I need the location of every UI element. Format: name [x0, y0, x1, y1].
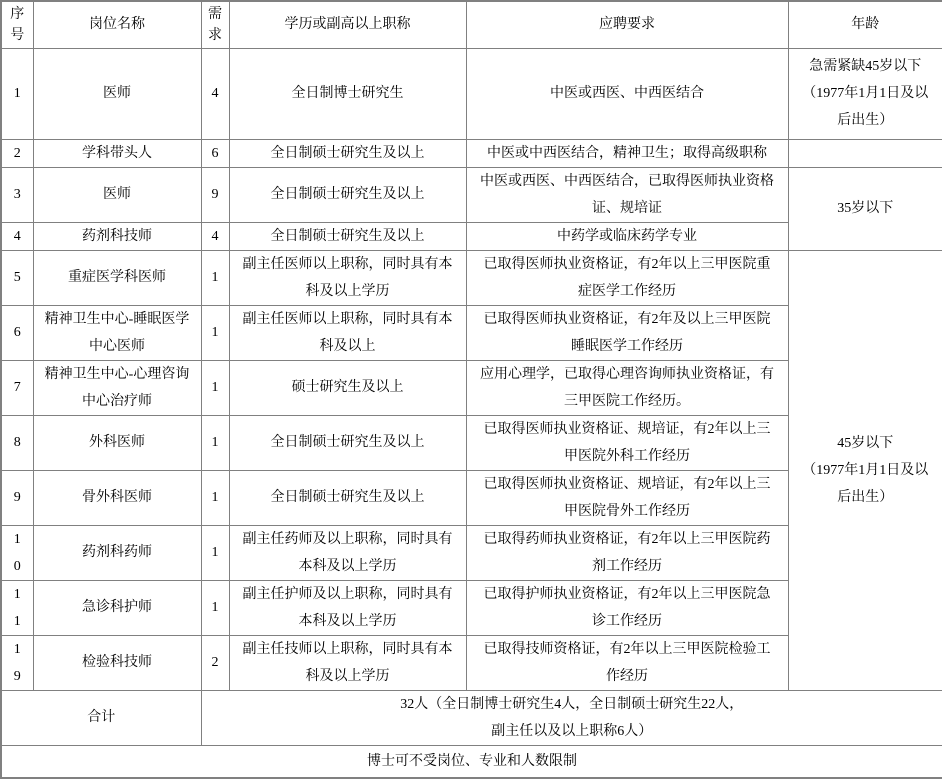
edu-cell: 全日制硕士研究生及以上	[229, 139, 466, 167]
post-cell: 检验科技师	[33, 635, 201, 690]
post-cell: 精神卫生中心-心理咨询 中心治疗师	[33, 360, 201, 415]
seq-cell: 11	[1, 580, 33, 635]
req-cell: 已取得技师资格证，有2年以上三甲医院检验工 作经历	[466, 635, 788, 690]
note-cell: 博士可不受岗位、专业和人数限制	[1, 745, 942, 778]
count-cell: 2	[201, 635, 229, 690]
req-cell: 已取得护师执业资格证，有2年以上三甲医院急 诊工作经历	[466, 580, 788, 635]
count-cell: 4	[201, 222, 229, 250]
header-req: 应聘要求	[466, 1, 788, 48]
total-label-cell: 合计	[1, 690, 201, 745]
table-row: 5 重症医学科医师 1 副主任医师以上职称，同时具有本 科及以上学历 已取得医师…	[1, 250, 942, 305]
post-cell: 急诊科护师	[33, 580, 201, 635]
req-cell: 已取得医师执业资格证、规培证，有2年以上三 甲医院骨外工作经历	[466, 470, 788, 525]
seq-cell: 9	[1, 470, 33, 525]
table-row: 2 学科带头人 6 全日制硕士研究生及以上 中医或中西医结合，精神卫生；取得高级…	[1, 139, 942, 167]
edu-cell: 全日制硕士研究生及以上	[229, 415, 466, 470]
seq-cell: 8	[1, 415, 33, 470]
age-cell: 急需紧缺45岁以下 （1977年1月1日及以 后出生）	[788, 48, 942, 139]
seq-cell: 6	[1, 305, 33, 360]
header-seq: 序号	[1, 1, 33, 48]
count-cell: 1	[201, 360, 229, 415]
seq-cell: 19	[1, 635, 33, 690]
table-row: 3 医师 9 全日制硕士研究生及以上 中医或西医、中西医结合，已取得医师执业资格…	[1, 167, 942, 222]
seq-cell: 7	[1, 360, 33, 415]
total-row: 合计 32人（全日制博士研究生4人，全日制硕士研究生22人， 副主任以及以上职称…	[1, 690, 942, 745]
count-cell: 1	[201, 415, 229, 470]
edu-cell: 副主任护师及以上职称，同时具有 本科及以上学历	[229, 580, 466, 635]
seq-cell: 4	[1, 222, 33, 250]
post-cell: 学科带头人	[33, 139, 201, 167]
count-cell: 6	[201, 139, 229, 167]
edu-cell: 副主任医师以上职称，同时具有本 科及以上	[229, 305, 466, 360]
post-cell: 药剂科技师	[33, 222, 201, 250]
edu-cell: 全日制博士研究生	[229, 48, 466, 139]
edu-cell: 副主任药师及以上职称，同时具有 本科及以上学历	[229, 525, 466, 580]
req-cell: 已取得医师执业资格证，有2年以上三甲医院重 症医学工作经历	[466, 250, 788, 305]
req-cell: 已取得医师执业资格证、规培证，有2年以上三 甲医院外科工作经历	[466, 415, 788, 470]
post-cell: 医师	[33, 167, 201, 222]
req-cell: 已取得药师执业资格证，有2年以上三甲医院药 剂工作经历	[466, 525, 788, 580]
edu-cell: 副主任技师以上职称，同时具有本 科及以上学历	[229, 635, 466, 690]
req-cell: 中医或中西医结合，精神卫生；取得高级职称	[466, 139, 788, 167]
total-value-cell: 32人（全日制博士研究生4人，全日制硕士研究生22人， 副主任以及以上职称6人）	[201, 690, 942, 745]
count-cell: 1	[201, 580, 229, 635]
header-edu: 学历或副高以上职称	[229, 1, 466, 48]
edu-cell: 副主任医师以上职称，同时具有本 科及以上学历	[229, 250, 466, 305]
post-cell: 药剂科药师	[33, 525, 201, 580]
header-post: 岗位名称	[33, 1, 201, 48]
post-cell: 精神卫生中心-睡眠医学 中心医师	[33, 305, 201, 360]
req-cell: 中药学或临床药学专业	[466, 222, 788, 250]
count-cell: 1	[201, 470, 229, 525]
table-row: 1 医师 4 全日制博士研究生 中医或西医、中西医结合 急需紧缺45岁以下 （1…	[1, 48, 942, 139]
age-cell-merged-35: 35岁以下	[788, 167, 942, 250]
post-cell: 医师	[33, 48, 201, 139]
edu-cell: 全日制硕士研究生及以上	[229, 470, 466, 525]
seq-cell: 2	[1, 139, 33, 167]
header-count: 需求	[201, 1, 229, 48]
seq-cell: 1	[1, 48, 33, 139]
seq-cell: 3	[1, 167, 33, 222]
post-cell: 骨外科医师	[33, 470, 201, 525]
seq-cell: 5	[1, 250, 33, 305]
req-cell: 中医或西医、中西医结合，已取得医师执业资格 证、规培证	[466, 167, 788, 222]
req-cell: 已取得医师执业资格证，有2年及以上三甲医院 睡眠医学工作经历	[466, 305, 788, 360]
post-cell: 重症医学科医师	[33, 250, 201, 305]
count-cell: 1	[201, 250, 229, 305]
note-row: 博士可不受岗位、专业和人数限制	[1, 745, 942, 778]
req-cell: 中医或西医、中西医结合	[466, 48, 788, 139]
header-age: 年龄	[788, 1, 942, 48]
header-row: 序号 岗位名称 需求 学历或副高以上职称 应聘要求 年龄	[1, 1, 942, 48]
post-cell: 外科医师	[33, 415, 201, 470]
count-cell: 1	[201, 305, 229, 360]
edu-cell: 硕士研究生及以上	[229, 360, 466, 415]
edu-cell: 全日制硕士研究生及以上	[229, 222, 466, 250]
req-cell: 应用心理学，已取得心理咨询师执业资格证，有 三甲医院工作经历。	[466, 360, 788, 415]
recruitment-table: 序号 岗位名称 需求 学历或副高以上职称 应聘要求 年龄 1 医师 4 全日制博…	[0, 0, 942, 779]
count-cell: 4	[201, 48, 229, 139]
edu-cell: 全日制硕士研究生及以上	[229, 167, 466, 222]
age-cell-empty	[788, 139, 942, 167]
count-cell: 1	[201, 525, 229, 580]
age-cell-merged-45: 45岁以下 （1977年1月1日及以 后出生）	[788, 250, 942, 690]
seq-cell: 10	[1, 525, 33, 580]
count-cell: 9	[201, 167, 229, 222]
